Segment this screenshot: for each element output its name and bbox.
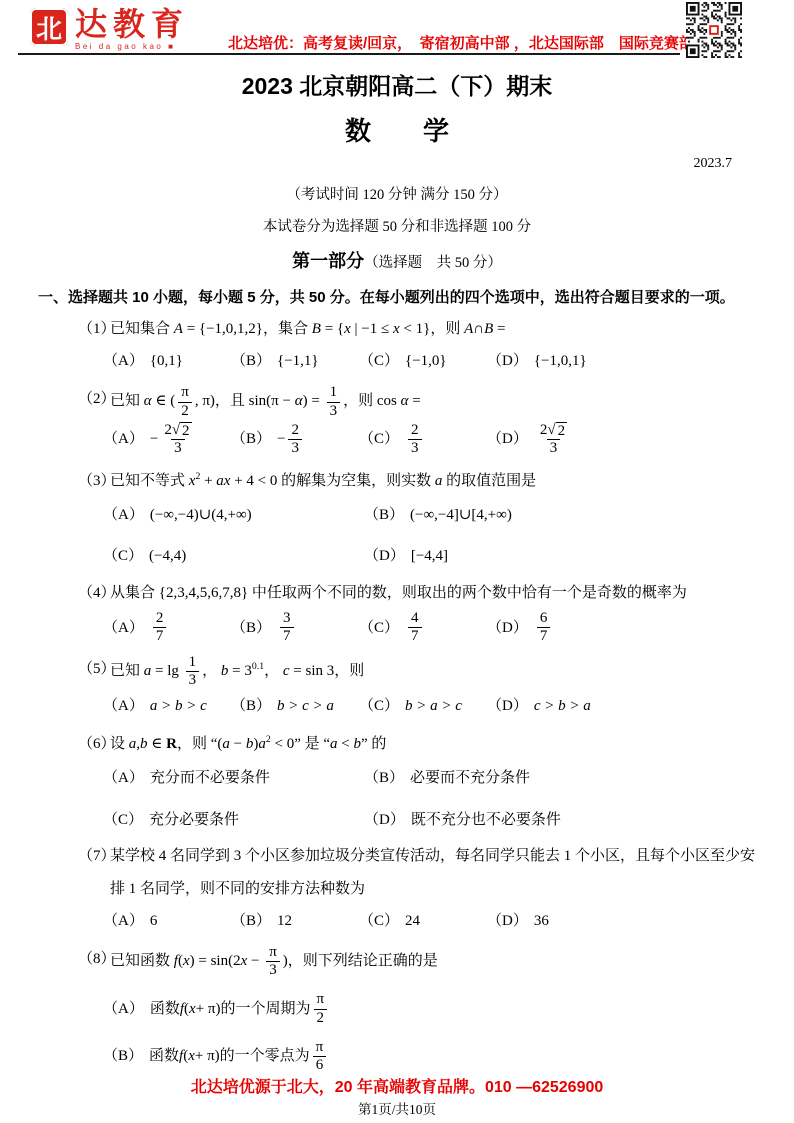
question-3: （3）已知不等式 x2 + ax + 4 < 0 的解集为空集，则实数 a 的取… (0, 465, 794, 571)
text-run: = (493, 321, 505, 337)
exam-date: 2023.7 (0, 156, 794, 172)
text-run: = { (321, 321, 344, 337)
text-run: ax (216, 473, 230, 489)
text-run: B (484, 321, 493, 337)
fraction-numerator: 6 (537, 610, 551, 627)
text-run: b > a > c (405, 692, 462, 721)
text-run: 1 (330, 384, 338, 401)
text-run: (−∞,−4]∪[4,+∞) (410, 501, 512, 530)
text-run: ，集合 (263, 321, 312, 337)
options-group: （A）函数 f(x + π) 的一个周期为 π2（B）函数 f(x + π) 的… (0, 990, 794, 1075)
fraction: 13 (327, 384, 341, 420)
option-B: （B）12 (231, 907, 359, 936)
text-run: x (183, 953, 190, 969)
option-A: （A）{0,1} (103, 347, 231, 376)
exam-info-time: （考试时间 120 分钟 满分 150 分） (0, 183, 794, 204)
text-run: A (174, 321, 183, 337)
text-run: < (338, 736, 354, 752)
fraction-numerator: 1 (186, 654, 200, 671)
logo-name: 达教育 (75, 8, 189, 40)
text-run: ” 是 “ (294, 736, 330, 752)
fraction-denominator: 3 (408, 439, 422, 457)
question-stem: （6）设 a,b ∈ R，则 “(a − b)a2 < 0” 是 “a < b”… (0, 728, 794, 760)
text-run: π (316, 1039, 324, 1056)
option-label: （B） (231, 907, 271, 936)
text-run: 2 (558, 423, 566, 439)
question-number: （7） (78, 840, 116, 872)
text-run: ∈ (148, 736, 167, 752)
text-run: α (144, 393, 152, 409)
text-run: B (312, 321, 321, 337)
question-stem: （5）已知 a = lg 13， b = 30.1， c = sin 3，则 (0, 653, 794, 691)
question-stem: （7）某学校 4 名同学到 3 个小区参加垃圾分类宣传活动，每名同学只能去 1 … (0, 840, 794, 905)
option-label: （C） (359, 347, 399, 376)
options-group: （A）a > b > c（B）b > c > a（C）b > a > c（D）c… (103, 690, 794, 722)
option-label: （B） (103, 1042, 143, 1071)
fraction-denominator: 3 (327, 402, 341, 420)
option-D: （D）{−1,0,1} (487, 347, 587, 376)
option-D: （D）c > b > a (487, 692, 591, 721)
fraction: π3 (266, 944, 280, 980)
fraction: 23 (408, 422, 422, 458)
options-group: （A）{0,1}（B）{−1,1}（C）{−1,0}（D）{−1,0,1} (103, 345, 794, 377)
text-run: 6 (150, 907, 158, 936)
question-stem: （4）从集合 {2,3,4,5,6,7,8} 中任取两个不同的数，则取出的两个数… (0, 577, 794, 609)
text-run: = (408, 393, 420, 409)
header: 北 达教育 Bei da gao kao ■ 北达培优：高考复读/回京， 寄宿初… (0, 0, 794, 58)
fraction-denominator: 7 (408, 627, 422, 645)
exam-info-structure: 本试卷分为选择题 50 分和非选择题 100 分 (0, 215, 794, 236)
text-run: 2 (317, 1010, 325, 1027)
text-run: 1 (189, 654, 197, 671)
text-run: α (295, 393, 303, 409)
option-label: （A） (103, 425, 144, 454)
text-run: 充分必要条件 (149, 806, 239, 835)
text-run: 7 (283, 628, 291, 645)
question-1: （1）已知集合 A = {−1,0,1,2}，集合 B = {x | −1 ≤ … (0, 313, 794, 377)
text-run: 2 (182, 423, 190, 439)
text-run: c (283, 663, 290, 679)
option-label: （D） (487, 614, 528, 643)
text-run: 充分而不必要条件 (150, 764, 270, 793)
text-run: cos (377, 393, 401, 409)
text-run: 3 (291, 440, 299, 457)
part-title-main: 第一部分 (292, 251, 364, 271)
question-4: （4）从集合 {2,3,4,5,6,7,8} 中任取两个不同的数，则取出的两个数… (0, 577, 794, 647)
option-A: （A）6 (103, 907, 231, 936)
text-run: 2 (540, 422, 548, 439)
logo-text-block: 达教育 Bei da gao kao ■ (75, 8, 189, 51)
option-label: （B） (364, 501, 404, 530)
text-run: b (140, 736, 148, 752)
text-run: a (222, 736, 230, 752)
text-run: 7 (411, 628, 419, 645)
question-stem: （3）已知不等式 x2 + ax + 4 < 0 的解集为空集，则实数 a 的取… (0, 465, 794, 497)
question-number: （8） (78, 943, 116, 975)
option-label: （B） (364, 764, 404, 793)
fraction: 67 (537, 610, 551, 646)
text-run: 函数 (149, 1042, 179, 1071)
option-label: （A） (103, 907, 144, 936)
subject-title: 数 学 (0, 111, 794, 148)
text-run: x (189, 995, 196, 1024)
fraction: 2√23 (537, 422, 570, 458)
fraction-numerator: π (313, 1039, 327, 1056)
sqrt-sign: √ (172, 422, 180, 439)
question-5: （5）已知 a = lg 13， b = 30.1， c = sin 3，则（A… (0, 653, 794, 723)
text-run: c > b > a (534, 692, 591, 721)
text-run: 12 (277, 907, 292, 936)
fraction-denominator: 7 (537, 627, 551, 645)
text-run: 2 (411, 422, 419, 439)
option-D: （D）36 (487, 907, 549, 936)
question-number: （6） (78, 728, 116, 760)
question-7: （7）某学校 4 名同学到 3 个小区参加垃圾分类宣传活动，每名同学只能去 1 … (0, 840, 794, 937)
text-run: 函数 (150, 995, 180, 1024)
fraction: 23 (288, 422, 302, 458)
text-run: − (277, 425, 285, 454)
text-run: ) = (303, 393, 324, 409)
text-run: 24 (405, 907, 420, 936)
option-B: （B）函数 f(x + π) 的一个零点为 π6 (103, 1038, 794, 1076)
fraction-denominator: 3 (171, 439, 185, 457)
fraction-denominator: 3 (186, 671, 200, 689)
section-instruction: 一、选择题共 10 小题，每小题 5 分，共 50 分。在每小题列出的四个选项中… (38, 286, 758, 307)
option-label: （D） (487, 692, 528, 721)
text-run: 2 (181, 403, 189, 420)
option-B: （B）b > c > a (231, 692, 359, 721)
text-run: < 0 (271, 736, 294, 752)
text-run: − (230, 736, 246, 752)
text-run: ，则 “ (177, 736, 217, 752)
option-A: （A）−2√23 (103, 421, 231, 459)
fraction: π2 (314, 991, 328, 1027)
option-B: （B）−23 (231, 421, 359, 459)
text-run: ，则 (430, 321, 464, 337)
text-run: 中任取两个不同的数，则取出的两个数中恰有一个是奇数的概率为 (248, 585, 687, 601)
option-label: （B） (231, 425, 271, 454)
text-run: [−4,4] (411, 542, 448, 571)
question-stem: （8）已知函数 f(x) = sin(2x − π3)，则下列结论正确的是 (0, 943, 794, 981)
fraction-numerator: 1 (327, 384, 341, 401)
option-label: （C） (359, 907, 399, 936)
option-C: （C）47 (359, 609, 487, 647)
text-run: = {−1,0,1,2} (183, 321, 263, 337)
option-D: （D）2√23 (487, 421, 573, 459)
fraction-denominator: 7 (153, 627, 167, 645)
option-label: （A） (103, 614, 144, 643)
text-run: = lg (151, 663, 182, 679)
option-D: （D）既不充分也不必要条件 (364, 806, 756, 835)
text-run: a (258, 736, 266, 752)
options-group: （A）6（B）12（C）24（D）36 (103, 905, 794, 937)
text-run: < 1} (400, 321, 431, 337)
options-group: （A）−2√23（B）−23（C）23（D）2√23 (103, 421, 794, 459)
option-A: （A）函数 f(x + π) 的一个周期为 π2 (103, 990, 794, 1028)
option-C: （C）b > a > c (359, 692, 487, 721)
text-run: {2,3,4,5,6,7,8} (159, 585, 248, 601)
fraction-numerator: 2√2 (161, 422, 194, 440)
fraction: 37 (280, 610, 294, 646)
text-run: 已知不等式 (110, 473, 189, 489)
option-C: （C）(−4,4) (103, 542, 364, 571)
fraction-denominator: 2 (178, 402, 192, 420)
text-run: 的一个周期为 (220, 995, 310, 1024)
fraction: 13 (186, 654, 200, 690)
text-run: 7 (156, 628, 164, 645)
question-number: （4） (78, 577, 116, 609)
text-run: ) = sin(2 (190, 953, 241, 969)
fraction-denominator: 3 (288, 439, 302, 457)
text-run: (−∞,−4)∪(4,+∞) (150, 501, 252, 530)
text-run: 某学校 4 名同学到 3 个小区参加垃圾分类宣传活动，每名同学只能去 1 个小区… (110, 848, 755, 896)
option-label: （A） (103, 692, 144, 721)
text-run: ∈ ( (152, 393, 176, 409)
text-run: 3 (174, 440, 182, 457)
text-run: + π) (195, 1042, 220, 1071)
text-run: ， (264, 663, 283, 679)
question-number: （2） (78, 383, 116, 415)
text-run: | −1 ≤ (351, 321, 393, 337)
text-run: = sin 3 (290, 663, 335, 679)
text-run: 3 (411, 440, 419, 457)
text-run: 2 (291, 422, 299, 439)
fraction: 47 (408, 610, 422, 646)
text-run: + 4 < 0 (230, 473, 277, 489)
sqrt-expression: √2 (172, 422, 192, 440)
sqrt-radicand: 2 (556, 422, 568, 440)
text-run: x (344, 321, 351, 337)
superscript: 0.1 (252, 661, 264, 672)
option-label: （D） (487, 907, 528, 936)
sqrt-radicand: 2 (180, 422, 192, 440)
question-6: （6）设 a,b ∈ R，则 “(a − b)a2 < 0” 是 “a < b”… (0, 728, 794, 834)
fraction-numerator: 2 (153, 610, 167, 627)
text-run: π (269, 944, 277, 961)
option-label: （A） (103, 764, 144, 793)
banner-text: 北达培优：高考复读/回京， 寄宿初高中部 ，北达国际部 国际竞赛部 (228, 32, 694, 53)
text-run: 3 (283, 610, 291, 627)
option-C: （C）{−1,0} (359, 347, 487, 376)
option-A: （A）a > b > c (103, 692, 231, 721)
text-run: 3 (269, 962, 277, 979)
seal-icon: 北 (30, 8, 68, 46)
exam-title: 2023 北京朝阳高二（下）期末 (0, 68, 794, 101)
header-divider (18, 53, 680, 55)
text-run: 必要而不充分条件 (410, 764, 530, 793)
text-run: ， (202, 663, 221, 679)
options-group: （A）27（B）37（C）47（D）67 (103, 609, 794, 647)
qr-code-icon (686, 2, 742, 58)
option-D: （D）67 (487, 609, 553, 647)
questions-list: （1）已知集合 A = {−1,0,1,2}，集合 B = {x | −1 ≤ … (0, 313, 794, 1075)
text-run: ，则 (343, 393, 377, 409)
option-label: （B） (231, 347, 271, 376)
fraction-numerator: 2√2 (537, 422, 570, 440)
part-title-note: （选择题 共 50 分） (364, 255, 502, 271)
question-8: （8）已知函数 f(x) = sin(2x − π3)，则下列结论正确的是（A）… (0, 943, 794, 1076)
text-run: 既不充分也不必要条件 (411, 806, 561, 835)
option-B: （B）37 (231, 609, 359, 647)
text-run: A (464, 321, 473, 337)
text-run: − (150, 425, 158, 454)
text-run: a > b > c (150, 692, 207, 721)
header-logo: 北 达教育 Bei da gao kao ■ (30, 8, 189, 51)
text-run: b > c > a (277, 692, 334, 721)
text-run: 4 (411, 610, 419, 627)
text-run: 3 (189, 672, 197, 689)
option-A: （A）充分而不必要条件 (103, 764, 364, 793)
option-B: （B）{−1,1} (231, 347, 359, 376)
text-run: ，且 (215, 393, 249, 409)
option-label: （C） (359, 425, 399, 454)
sqrt-expression: √2 (547, 422, 567, 440)
page: 北 达教育 Bei da gao kao ■ 北达培优：高考复读/回京， 寄宿初… (0, 0, 794, 1123)
text-run: 6 (316, 1057, 324, 1074)
text-run: {−1,0,1} (534, 347, 587, 376)
option-D: （D）[−4,4] (364, 542, 756, 571)
text-run: 3 (550, 440, 558, 457)
footer-slogan: 北达培优源于北大，20 年高端教育品牌。010 —62526900 (0, 1074, 794, 1097)
text-run: R (166, 736, 177, 752)
text-run: 7 (540, 628, 548, 645)
option-label: （B） (231, 614, 271, 643)
text-run: 从集合 (110, 585, 159, 601)
option-label: （B） (231, 692, 271, 721)
text-run: 的一个零点为 (220, 1042, 310, 1071)
question-number: （3） (78, 465, 116, 497)
text-run: x (188, 1042, 195, 1071)
fraction-denominator: 3 (266, 961, 280, 979)
text-run: 已知集合 (110, 321, 174, 337)
text-run: ” 的 (361, 736, 386, 752)
question-number: （1） (78, 313, 116, 345)
text-run: {−1,0} (405, 347, 447, 376)
option-B: （B）(−∞,−4]∪[4,+∞) (364, 501, 756, 530)
text-run: + (200, 473, 216, 489)
text-run: a (330, 736, 338, 752)
fraction-denominator: 7 (280, 627, 294, 645)
text-run: , π) (195, 393, 215, 409)
option-label: （D） (487, 347, 528, 376)
part-title: 第一部分（选择题 共 50 分） (0, 247, 794, 273)
question-number: （5） (78, 653, 116, 685)
fraction-numerator: 3 (280, 610, 294, 627)
option-B: （B）必要而不充分条件 (364, 764, 756, 793)
fraction-numerator: 2 (288, 422, 302, 439)
option-label: （D） (364, 806, 405, 835)
option-C: （C）充分必要条件 (103, 806, 364, 835)
text-run: 已知函数 (110, 953, 174, 969)
fraction: π6 (313, 1039, 327, 1075)
option-label: （A） (103, 347, 144, 376)
text-run: {0,1} (150, 347, 183, 376)
fraction: 27 (153, 610, 167, 646)
text-run: π (317, 991, 325, 1008)
option-label: （D） (364, 542, 405, 571)
option-label: （A） (103, 501, 144, 530)
options-group: （A）(−∞,−4)∪(4,+∞)（B）(−∞,−4]∪[4,+∞)（C）(−4… (103, 501, 756, 571)
option-C: （C）23 (359, 421, 487, 459)
text-run: 的取值范围是 (442, 473, 536, 489)
fraction-numerator: π (178, 384, 192, 401)
text-run: = 3 (228, 663, 251, 679)
text-run: ，则下列结论正确的是 (288, 953, 438, 969)
fraction-denominator: 3 (547, 439, 561, 457)
option-label: （A） (103, 995, 144, 1024)
option-label: （C） (359, 692, 399, 721)
fraction-numerator: π (266, 944, 280, 961)
sqrt-sign: √ (547, 422, 555, 439)
text-run: 的解集为空集，则实数 (277, 473, 435, 489)
text-run: 2 (164, 422, 172, 439)
text-run: x (393, 321, 400, 337)
text-run: + π) (196, 995, 221, 1024)
fraction-numerator: π (314, 991, 328, 1008)
fraction: π2 (178, 384, 192, 420)
fraction-denominator: 6 (313, 1056, 327, 1074)
text-run: ，则 (334, 663, 364, 679)
text-run: b (354, 736, 362, 752)
question-2: （2）已知 α ∈ (π2, π)，且 sin(π − α) = 13，则 co… (0, 383, 794, 458)
text-run: 36 (534, 907, 549, 936)
question-stem: （2）已知 α ∈ (π2, π)，且 sin(π − α) = 13，则 co… (0, 383, 794, 421)
fraction-numerator: 2 (408, 422, 422, 439)
text-run: 3 (330, 403, 338, 420)
text-run: π (181, 384, 189, 401)
question-stem: （1）已知集合 A = {−1,0,1,2}，集合 B = {x | −1 ≤ … (0, 313, 794, 345)
fraction: 2√23 (161, 422, 194, 458)
text-run: 6 (540, 610, 548, 627)
fraction-denominator: 2 (314, 1009, 328, 1027)
text-run: ∩ (473, 321, 484, 337)
text-run: {−1,1} (277, 347, 319, 376)
text-run: − (247, 953, 263, 969)
option-C: （C）24 (359, 907, 487, 936)
option-A: （A）(−∞,−4)∪(4,+∞) (103, 501, 364, 530)
option-label: （C） (103, 542, 143, 571)
option-label: （D） (487, 425, 528, 454)
options-group: （A）充分而不必要条件（B）必要而不充分条件（C）充分必要条件（D）既不充分也不… (103, 764, 756, 834)
text-run: 2 (156, 610, 164, 627)
option-label: （C） (103, 806, 143, 835)
text-run: sin(π − (249, 393, 295, 409)
text-run: (−4,4) (149, 542, 186, 571)
logo-subtitle: Bei da gao kao ■ (75, 42, 189, 51)
page-number: 第1页/共10页 (0, 1098, 794, 1118)
option-label: （C） (359, 614, 399, 643)
option-A: （A）27 (103, 609, 231, 647)
fraction-numerator: 4 (408, 610, 422, 627)
